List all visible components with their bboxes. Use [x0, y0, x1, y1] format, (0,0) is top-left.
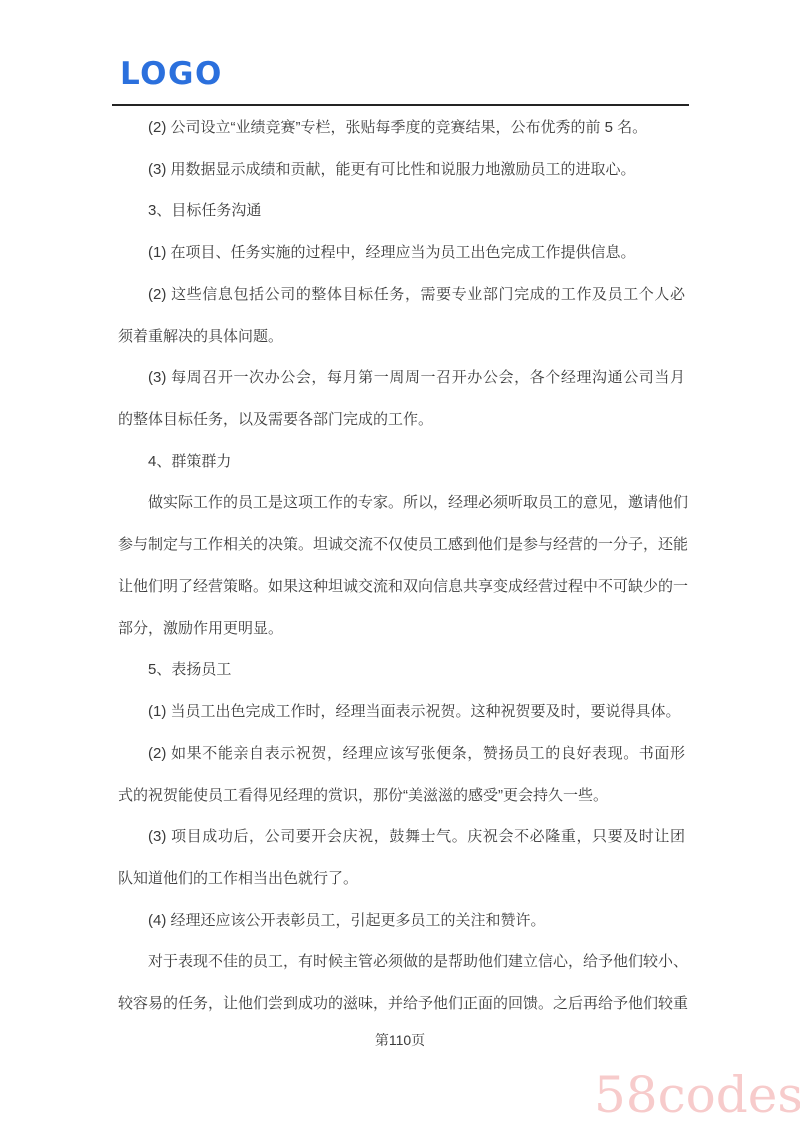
- text-line: 的整体目标任务，以及需要各部门完成的工作。: [118, 399, 685, 441]
- text-line: 做实际工作的员工是这项工作的专家。所以，经理必须听取员工的意见，邀请他们: [118, 482, 685, 524]
- heading-line: 5、表扬员工: [118, 649, 685, 691]
- text-line: (2) 这些信息包括公司的整体目标任务，需要专业部门完成的工作及员工个人必: [118, 274, 685, 316]
- page-number: 第110页: [0, 1030, 800, 1050]
- text-line: 须着重解决的具体问题。: [118, 316, 685, 358]
- header-divider: [112, 104, 689, 106]
- text-line: 对于表现不佳的员工，有时候主管必须做的是帮助他们建立信心，给予他们较小、: [118, 941, 685, 983]
- text-line: 让他们明了经营策略。如果这种坦诚交流和双向信息共享变成经营过程中不可缺少的一: [118, 566, 685, 608]
- logo-text: LOGO: [120, 59, 223, 90]
- text-line: (3) 用数据显示成绩和贡献，能更有可比性和说服力地激励员工的进取心。: [118, 149, 685, 191]
- text-line: (3) 项目成功后，公司要开会庆祝，鼓舞士气。庆祝会不必隆重，只要及时让团: [118, 816, 685, 858]
- text-line: (4) 经理还应该公开表彰员工，引起更多员工的关注和赞许。: [118, 900, 685, 942]
- text-line: (2) 如果不能亲自表示祝贺，经理应该写张便条，赞扬员工的良好表现。书面形: [118, 733, 685, 775]
- text-line: 部分，激励作用更明显。: [118, 608, 685, 650]
- text-line: (1) 当员工出色完成工作时，经理当面表示祝贺。这种祝贺要及时，要说得具体。: [118, 691, 685, 733]
- text-line: 式的祝贺能使员工看得见经理的赏识，那份“美滋滋的感受”更会持久一些。: [118, 775, 685, 817]
- text-line: (2) 公司设立“业绩竞赛”专栏，张贴每季度的竞赛结果，公布优秀的前 5 名。: [118, 107, 685, 149]
- text-line: 较容易的任务，让他们尝到成功的滋味，并给予他们正面的回馈。之后再给予他们较重: [118, 983, 685, 1025]
- text-line: (3) 每周召开一次办公会，每月第一周周一召开办公会，各个经理沟通公司当月: [118, 357, 685, 399]
- heading-line: 3、目标任务沟通: [118, 190, 685, 232]
- watermark-text: 58codes: [594, 1070, 800, 1120]
- heading-line: 4、群策群力: [118, 441, 685, 483]
- document-body: (2) 公司设立“业绩竞赛”专栏，张贴每季度的竞赛结果，公布优秀的前 5 名。(…: [118, 107, 685, 1025]
- text-line: 队知道他们的工作相当出色就行了。: [118, 858, 685, 900]
- text-line: 参与制定与工作相关的决策。坦诚交流不仅使员工感到他们是参与经营的一分子，还能: [118, 524, 685, 566]
- text-line: (1) 在项目、任务实施的过程中，经理应当为员工出色完成工作提供信息。: [118, 232, 685, 274]
